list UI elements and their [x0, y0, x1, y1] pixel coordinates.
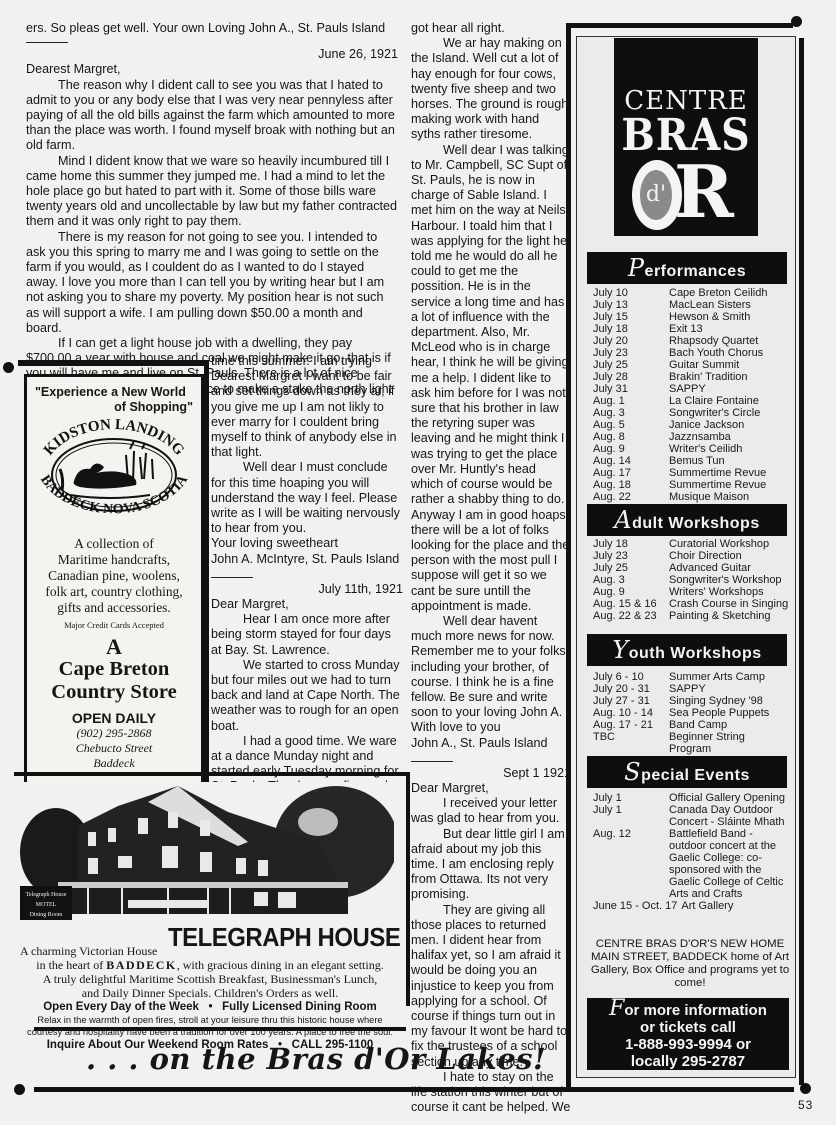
list-item: Aug. 14Bemus Tun: [593, 455, 789, 467]
swash-initial: S: [624, 758, 641, 786]
list-item: July 23Choir Direction: [593, 550, 789, 562]
list-item: June 15 - Oct. 17Art Gallery: [593, 900, 789, 912]
ad-copy-line: Relax in the warmth of open fires, strol…: [14, 1014, 406, 1026]
credit-cards-note: Major Credit Cards Accepted: [27, 620, 201, 630]
letter-signoff: Your loving sweetheart: [211, 536, 403, 551]
logo-d-text: d': [640, 170, 672, 220]
ad-copy-line: A charming Victorian House: [14, 944, 406, 958]
list-item: July 20 - 31SAPPY: [593, 683, 789, 695]
list-item: Aug. 12Battlefield Band - outdoor concer…: [593, 828, 789, 900]
letter-paragraph: We started to cross Munday but four mile…: [211, 658, 403, 734]
list-item: Aug. 9Writers' Workshops: [593, 586, 789, 598]
town-name: Baddeck: [27, 756, 201, 771]
bullet-dot: [14, 1084, 25, 1095]
letter-paragraph: Well dear I must conclude for this time …: [211, 460, 403, 536]
list-item: Aug. 10 - 14Sea People Puppets: [593, 707, 789, 719]
youth-workshops-list: July 6 - 10Summer Arts Camp July 20 - 31…: [593, 671, 789, 755]
list-item: Aug. 8Jazznsamba: [593, 431, 789, 443]
list-item: July 18Curatorial Workshop: [593, 538, 789, 550]
letter-paragraph: Mind I dident know that we ware so heavi…: [26, 154, 398, 230]
bras-dor-tagline: . . . on the Bras d'Or Lakes!: [86, 1042, 546, 1076]
list-item: Aug. 17Summertime Revue: [593, 467, 789, 479]
swash-initial: P: [628, 254, 645, 282]
local-phone: locally 295-2787: [587, 1053, 789, 1070]
ad-hours-line: Open Every Day of the Week • Fully Licen…: [14, 1000, 406, 1014]
logo-dor-mark: d' R: [614, 158, 758, 238]
youth-workshops-heading: Youth Workshops: [587, 634, 787, 666]
letter-paragraph: But dear little girl I am afraid about m…: [411, 827, 571, 903]
info-line: or tickets call: [587, 1019, 789, 1036]
svg-text:MOTEL: MOTEL: [36, 902, 57, 908]
letter-paragraph: We ar hay making on the Island. Well cut…: [411, 36, 571, 142]
svg-text:Telegraph House: Telegraph House: [26, 892, 67, 898]
centre-bras-dor-logo: CENTRE BRAS d' R: [614, 38, 758, 236]
list-item: July 6 - 10Summer Arts Camp: [593, 671, 789, 683]
list-item: July 27 - 31Singing Sydney '98: [593, 695, 789, 707]
divider-rule: [34, 1027, 406, 1031]
letter-paragraph: I received your letter was glad to hear …: [411, 796, 571, 826]
letter-salutation: Dear Margret,: [211, 597, 403, 612]
letter-paragraph: Well dear havent much more news for now.…: [411, 614, 571, 720]
open-daily-label: OPEN DAILY: [27, 710, 201, 726]
logo-r-text: R: [674, 152, 734, 232]
list-item: Aug. 18Summertime Revue: [593, 479, 789, 491]
tickets-info-box: For more information or tickets call 1-8…: [587, 998, 789, 1070]
adult-workshops-list: July 18Curatorial Workshop July 23Choir …: [593, 538, 789, 622]
kidston-landing-ad: "Experience a New World of Shopping" KID…: [24, 374, 204, 792]
store-name-line: A: [27, 636, 201, 658]
list-item: July 23Bach Youth Chorus: [593, 347, 789, 359]
letter-paragraph: got hear all right.: [411, 21, 571, 36]
letter-paragraph: time this summer. I am trying Dearest Ma…: [211, 354, 403, 460]
list-item: Aug. 3Songwriter's Circle: [593, 407, 789, 419]
list-item: July 28Brakin' Tradition: [593, 371, 789, 383]
street-address: Chebucto Street: [27, 741, 201, 756]
ad-slogan-line: "Experience a New World: [35, 385, 193, 400]
list-item: Aug. 3Songwriter's Workshop: [593, 574, 789, 586]
letter-paragraph: Hear I am once more after being storm st…: [211, 612, 403, 658]
separator-rule: [211, 577, 253, 578]
tollfree-phone: 1-888-993-9994 or: [587, 1036, 789, 1053]
frame-bar: [799, 38, 804, 1085]
bullet-dot: [3, 362, 14, 373]
letter-date: Sept 1 1921: [411, 766, 571, 781]
list-item: July 20Rhapsody Quartet: [593, 335, 789, 347]
ad-copy-line: A truly delightful Maritime Scottish Bre…: [14, 972, 406, 986]
letter-column-2: got hear all right. We ar hay making on …: [411, 21, 571, 1115]
list-item: Aug. 17 - 21Band Camp: [593, 719, 789, 731]
special-events-heading: Special Events: [587, 756, 787, 788]
special-events-list: July 1Official Gallery Opening July 1Can…: [593, 792, 789, 912]
list-item: Aug. 22 & 23Painting & Sketching: [593, 610, 789, 622]
swash-initial: Y: [612, 636, 628, 664]
letter-salutation: Dear Margret,: [411, 781, 571, 796]
list-item: July 1Official Gallery Opening: [593, 792, 789, 804]
list-item: July 1Canada Day Outdoor Concert - Sláin…: [593, 804, 789, 828]
list-item: July 10Cape Breton Ceilidh: [593, 287, 789, 299]
svg-text:KIDSTON LANDING: KIDSTON LANDING: [41, 417, 187, 459]
list-item: Aug. 15 & 16Crash Course in Singing: [593, 598, 789, 610]
ad-copy-line: in the heart of BADDECK, with gracious d…: [14, 958, 406, 972]
info-line: For more information: [587, 1000, 789, 1019]
performances-heading: Performances: [587, 252, 787, 284]
phone-number: (902) 295-2868: [27, 726, 201, 741]
letter-paragraph: There is my reason for not going to see …: [26, 230, 398, 336]
ad-description-line: folk art, country clothing,: [27, 584, 201, 600]
list-item: TBCBeginner String Program: [593, 731, 789, 755]
baddeck-highlight: BADDECK: [106, 958, 177, 972]
ad-slogan-line: of Shopping": [35, 400, 193, 415]
list-item: Aug. 22Musique Maison: [593, 491, 789, 503]
ad-description-line: A collection of: [27, 536, 201, 552]
letter-paragraph: The reason why I dident call to see you …: [26, 78, 398, 154]
list-item: Aug. 9Writer's Ceilidh: [593, 443, 789, 455]
letter-date: June 26, 1921: [26, 47, 398, 62]
letter-signoff: With love to you: [411, 720, 571, 735]
kidston-duck-logo-icon: KIDSTON LANDING BADDECK NOVA SCOTIA: [30, 415, 198, 525]
telegraph-house-photo-icon: Telegraph House MOTEL Dining Room: [18, 782, 394, 922]
telegraph-ad-copy: A charming Victorian House in the heart …: [14, 944, 406, 1052]
ad-slogan: "Experience a New World of Shopping": [35, 385, 193, 415]
page-number: 53: [798, 1098, 813, 1112]
svg-text:Dining Room: Dining Room: [30, 912, 63, 918]
ad-description: A collection of Maritime handcrafts, Can…: [27, 536, 201, 616]
letter-signature: John A. McIntyre, St. Pauls Island: [211, 552, 403, 567]
letter-paragraph: I hate to stay on the life station this …: [411, 1070, 571, 1116]
swash-initial: A: [614, 506, 632, 534]
store-name-line: Cape Breton: [27, 658, 201, 681]
list-item: Aug. 5Janice Jackson: [593, 419, 789, 431]
letter-signature: John A., St. Pauls Island: [411, 736, 571, 751]
letter-closing-previous: ers. So pleas get well. Your own Loving …: [26, 21, 398, 36]
list-item: July 25Guitar Summit: [593, 359, 789, 371]
adult-workshops-heading: Adult Workshops: [587, 504, 787, 536]
list-item: Aug. 1La Claire Fontaine: [593, 395, 789, 407]
new-home-note: CENTRE BRAS D'OR'S NEW HOME MAIN STREET,…: [590, 938, 790, 990]
letter-paragraph: Well dear I was talking to Mr. Campbell,…: [411, 143, 571, 614]
list-item: July 15Hewson & Smith: [593, 311, 789, 323]
store-name-line: Country Store: [27, 681, 201, 704]
list-item: July 25Advanced Guitar: [593, 562, 789, 574]
letter-salutation: Dearest Margret,: [26, 62, 398, 77]
letter-continuation-column: time this summer. I am trying Dearest Ma…: [211, 354, 403, 810]
ad-copy-line: and Daily Dinner Specials. Children's Or…: [14, 986, 406, 1000]
list-item: July 31SAPPY: [593, 383, 789, 395]
list-item: July 18Exit 13: [593, 323, 789, 335]
performances-list: July 10Cape Breton Ceilidh July 13MacLea…: [593, 287, 789, 503]
list-item: July 13MacLean Sisters: [593, 299, 789, 311]
ad-description-line: Canadian pine, woolens,: [27, 568, 201, 584]
letter-date: July 11th, 1921: [211, 582, 403, 597]
separator-rule: [26, 42, 68, 43]
ad-description-line: gifts and accessories.: [27, 600, 201, 616]
ad-description-line: Maritime handcrafts,: [27, 552, 201, 568]
separator-rule: [411, 761, 453, 762]
